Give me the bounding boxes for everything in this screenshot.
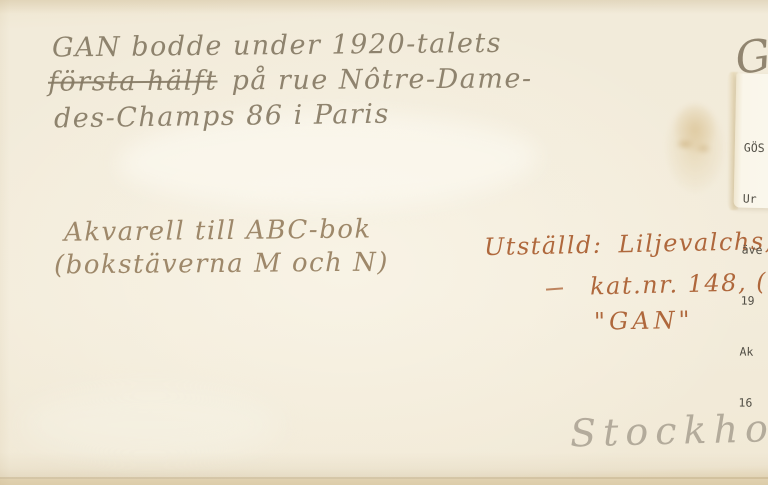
label-line: 19: [740, 293, 768, 311]
artwork-note-line1: Akvarell till ABC-bok: [64, 214, 389, 247]
label-printed-text: GÖS Ur äve 19 Ak 16: [729, 73, 768, 446]
photographed-card: GAN bodde under 1920-talets första hälft…: [0, 0, 768, 485]
artwork-note-line2: (bokstäverna M och N): [54, 248, 389, 281]
address-note-line2: första hälftpå rue Nôtre-Dame-: [48, 63, 533, 97]
card-paper: GAN bodde under 1920-talets första hälft…: [0, 0, 768, 485]
label-line: 16: [738, 395, 768, 413]
background-strip: [0, 479, 768, 485]
exhibition-note: Utställd: Liljevalchs, kat.nr. 148, (a "…: [484, 230, 768, 334]
address-note-line1: GAN bodde under 1920-talets: [52, 27, 533, 63]
artwork-description-note: Akvarell till ABC-bok (bokstäverna M och…: [64, 216, 389, 279]
exhibition-note-line1: Utställd: Liljevalchs,: [484, 227, 768, 261]
label-line: Ur: [743, 191, 768, 209]
struck-words: första hälft: [48, 66, 218, 98]
underline-dash: [546, 287, 563, 290]
glued-label-fragment: GÖS Ur äve 19 Ak 16: [734, 73, 768, 208]
address-note-line2-rest: på rue Nôtre-Dame-: [231, 63, 532, 96]
exhibition-label: Utställd:: [484, 231, 603, 261]
address-note: GAN bodde under 1920-talets första hälft…: [52, 30, 533, 131]
label-line: GÖS: [744, 140, 768, 158]
label-line: Ak: [739, 344, 768, 362]
label-line: äve: [742, 242, 768, 260]
address-note-line3: des-Champs 86 i Paris: [54, 97, 533, 135]
faded-photo-stain: [658, 86, 732, 198]
faint-wash-area: [20, 390, 280, 460]
